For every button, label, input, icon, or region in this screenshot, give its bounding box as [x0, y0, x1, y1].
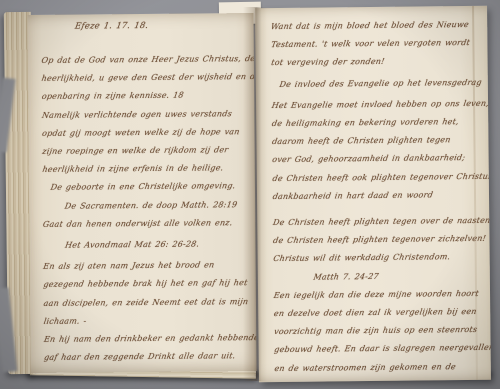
left-page-text: Efeze 1. 17. 18. Op dat de God van onze … — [39, 18, 254, 367]
right-page: Want dat is mijn bloed het bloed des Nie… — [255, 6, 491, 382]
handwritten-line: over God, gehoorzaamheid in dankbaarheid… — [271, 149, 486, 169]
handwritten-line: De invloed des Evangelie op het levensge… — [270, 73, 485, 93]
handwritten-line: Het Avondmaal Mat 26: 26-28. — [42, 235, 257, 255]
handwritten-line: Op dat de God van onze Heer Jezus Christ… — [40, 50, 255, 70]
handwritten-line: Gaat dan henen onderwijst alle volken en… — [41, 214, 256, 234]
photo-background: Efeze 1. 17. 18. Op dat de God van onze … — [0, 0, 500, 389]
handwritten-line: openbaring in zijne kennisse. 18 — [40, 86, 255, 106]
left-page: Efeze 1. 17. 18. Op dat de God van onze … — [27, 13, 256, 373]
handwritten-line: Matth 7. 24-27 — [272, 266, 487, 286]
handwritten-line: dankbaarheid in hart daad en woord — [271, 186, 486, 206]
handwritten-line: Het Evangelie moet invloed hebben op ons… — [270, 95, 485, 115]
handwritten-line: En hij nam den drinkbeker en gedankt heb… — [42, 329, 256, 349]
handwritten-line: en de waterstroomen zijn gekomen en de — [273, 357, 488, 377]
handwritten-line: heerlijkheid, u geve den Geest der wijsh… — [40, 68, 255, 88]
handwritten-line: gaf haar den zeggende Drinkt alle daar u… — [43, 347, 257, 367]
handwritten-line: Christus wil dit werkdadig Christendom. — [272, 248, 487, 268]
handwritten-line: de Christen heeft ook plighten tegenover… — [271, 167, 486, 187]
handwritten-line: opdat gij moogt weten welke zij de hope … — [41, 123, 256, 143]
handwritten-line: zijne roepinge en welke de rijkdom zij d… — [41, 141, 256, 161]
handwritten-line: gebouwd heeft. En daar is slagregen neer… — [273, 339, 488, 359]
handwritten-line: tot vergeving der zonden! — [270, 52, 485, 72]
handwritten-line: De Sacramenten. de doop Matth. 28:19 — [41, 196, 256, 216]
handwritten-line: lichaam. - — [42, 311, 256, 331]
left-page-heading: Efeze 1. 17. 18. — [40, 18, 255, 35]
handwritten-line: Een iegelijk dan die deze mijne woorden … — [272, 285, 487, 305]
right-page-lines: Want dat is mijn bloed het bloed des Nie… — [269, 16, 485, 378]
handwritten-line: Namelijk verlichtende ogen uwes verstand… — [40, 105, 255, 125]
handwritten-line: De geboorte in ene Christelijke omgeving… — [41, 177, 256, 197]
handwritten-line: aan discipelen, en zeide Neemt eet dat i… — [42, 293, 257, 313]
left-page-lines: Op dat de God van onze Heer Jezus Christ… — [40, 50, 255, 367]
handwritten-line: gezegend hebbende brak hij het en gaf hi… — [42, 274, 257, 294]
